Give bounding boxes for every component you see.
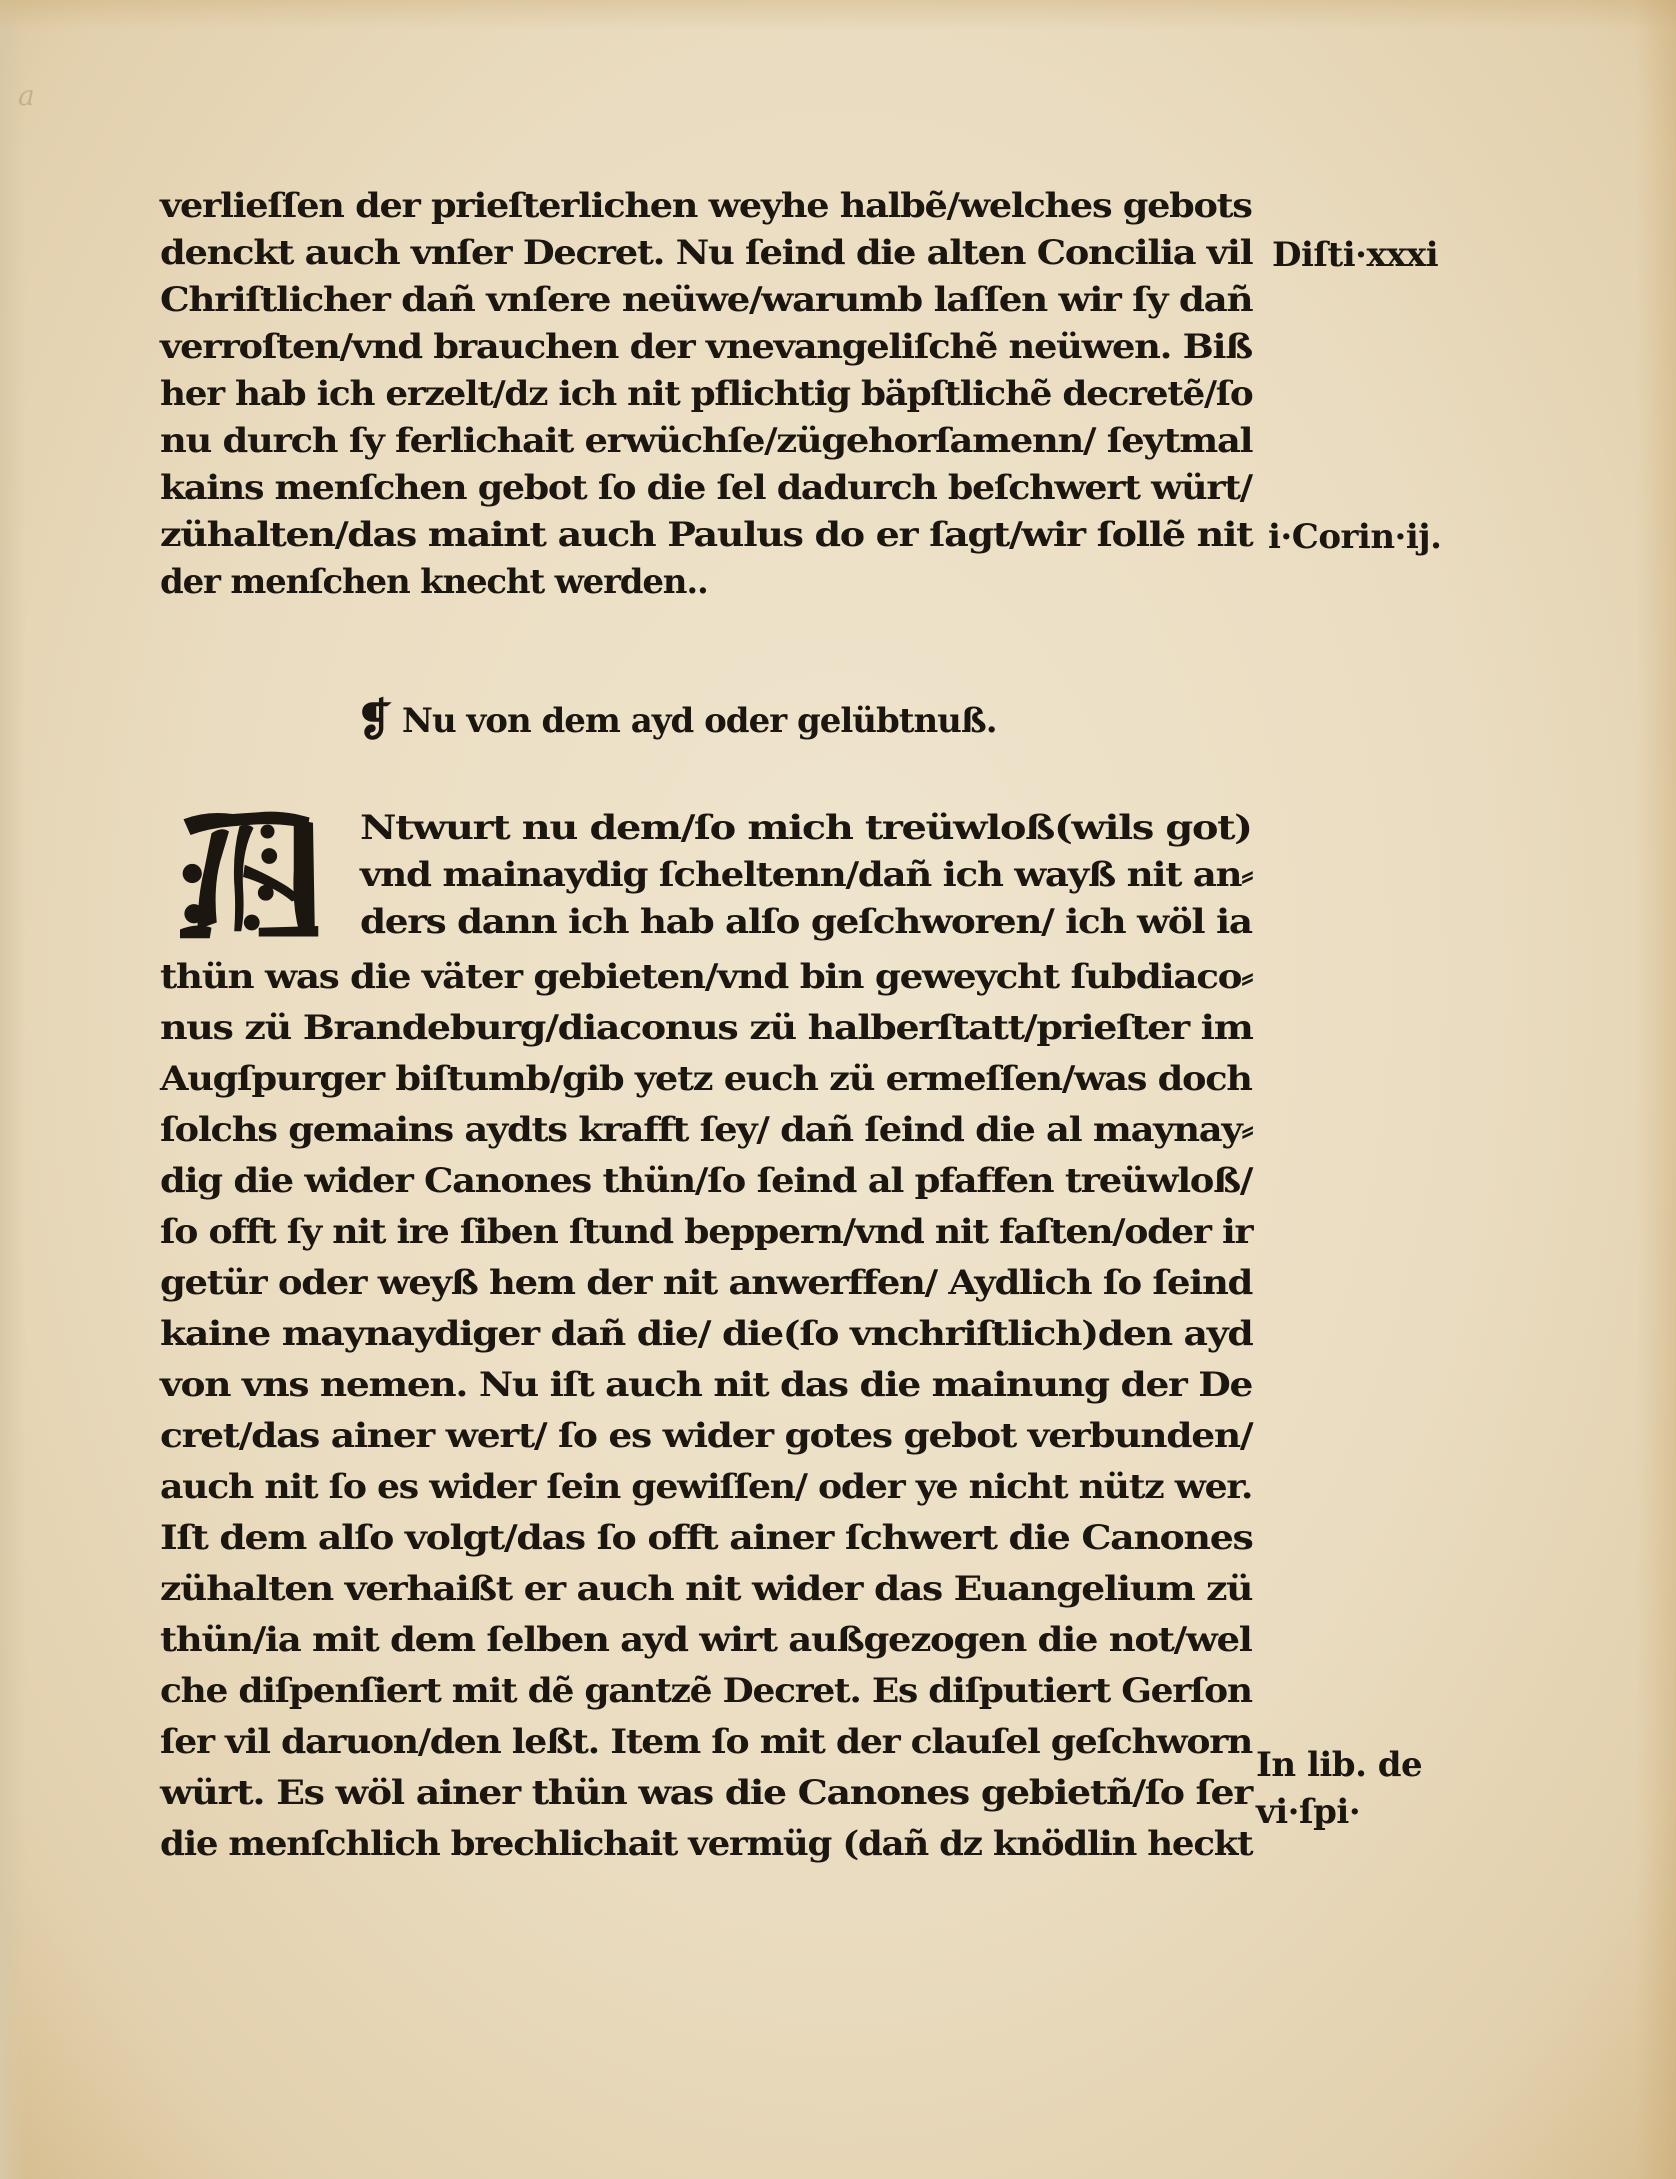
pilcrow-icon: ❡ bbox=[356, 699, 392, 743]
scanned-page: a verlieſſen der prieſterlichen weyhe ha… bbox=[0, 0, 1676, 2179]
text-line: nu durch ſy ferlichait erwüchſe/zügehorſ… bbox=[160, 419, 1252, 463]
text-line: nus zü Brandeburg/diaconus zü halberſtat… bbox=[160, 1006, 1253, 1050]
text-line: würt. Es wöl ainer thün was die Canones … bbox=[160, 1771, 1252, 1815]
text-line: her hab ich erzelt/dz ich nit pflichtig … bbox=[160, 372, 1252, 416]
text-line: che diſpenſiert mit dẽ gantzẽ Decret. Es… bbox=[160, 1669, 1252, 1713]
text-line: thün/ia mit dem ſelben ayd wirt außgezog… bbox=[160, 1618, 1251, 1662]
text-line: kaine maynaydiger dañ die/ die(ſo vnchri… bbox=[160, 1312, 1252, 1356]
text-line: zühalten verhaißt er auch nit wider das … bbox=[160, 1567, 1252, 1611]
text-line: getür oder weyß hem der nit anwerffen/ A… bbox=[160, 1261, 1252, 1305]
text-line: verlieſſen der prieſterlichen weyhe halb… bbox=[160, 184, 1252, 228]
text-line: cret/das ainer wert/ ſo es wider gotes g… bbox=[160, 1414, 1252, 1458]
margin-note-in-lib: In lib. de bbox=[1256, 1743, 1422, 1787]
text-line: Chriſtlicher dañ vnſere neüwe/warumb laſ… bbox=[160, 278, 1252, 322]
text-line: Ntwurt nu dem/ſo mich treüwloß(wils got) bbox=[360, 806, 1252, 850]
text-line: von vns nemen. Nu iſt auch nit das die m… bbox=[160, 1363, 1252, 1407]
text-line: ſolchs gemains aydts krafft ſey/ dañ ſei… bbox=[160, 1108, 1252, 1152]
section-heading-text: Nu von dem ayd oder gelübtnuß. bbox=[402, 701, 997, 741]
text-line: ſo offt ſy nit ire ſiben ſtund beppern/v… bbox=[160, 1210, 1252, 1254]
text-line: Iſt dem alſo volgt/das ſo offt ainer ſch… bbox=[160, 1516, 1252, 1560]
text-line: Augſpurger biſtumb/gib yetz euch zü erme… bbox=[160, 1057, 1252, 1101]
text-line: verroſten/vnd brauchen der vnevangeliſch… bbox=[160, 325, 1252, 369]
corner-pencil-mark: a bbox=[18, 82, 52, 110]
text-line: auch nit ſo es wider ſein gewiſſen/ oder… bbox=[160, 1465, 1252, 1509]
text-line: dig die wider Canones thün/ſo ſeind al p… bbox=[160, 1159, 1252, 1203]
text-line: die menſchlich brechlichait vermüg (dañ … bbox=[160, 1822, 1252, 1866]
margin-note-vi-spi: vi·ſpi· bbox=[1256, 1790, 1360, 1834]
text-line: ders dann ich hab alſo geſchworen/ ich w… bbox=[360, 900, 1252, 944]
margin-note-corinthians: i·Corin·ij. bbox=[1268, 515, 1441, 559]
text-line: denckt auch vnſer Decret. Nu ſeind die a… bbox=[160, 231, 1252, 275]
section-heading: ❡Nu von dem ayd oder gelübtnuß. bbox=[356, 696, 997, 743]
text-line: zühalten/das maint auch Paulus do er ſag… bbox=[160, 513, 1252, 557]
margin-note-distinctio: Diſti·xxxi bbox=[1272, 233, 1438, 277]
text-line: kains menſchen gebot ſo die ſel dadurch … bbox=[160, 466, 1252, 510]
text-line: ſer vil daruon/den leßt. Item ſo mit der… bbox=[160, 1720, 1252, 1764]
text-line: der menſchen knecht werden.. bbox=[160, 560, 708, 604]
dropcap-a-icon bbox=[170, 800, 330, 940]
text-line: vnd mainaydig ſcheltenn/dañ ich wayß nit… bbox=[360, 853, 1252, 897]
text-line: thün was die väter gebieten/vnd bin gewe… bbox=[160, 955, 1252, 999]
